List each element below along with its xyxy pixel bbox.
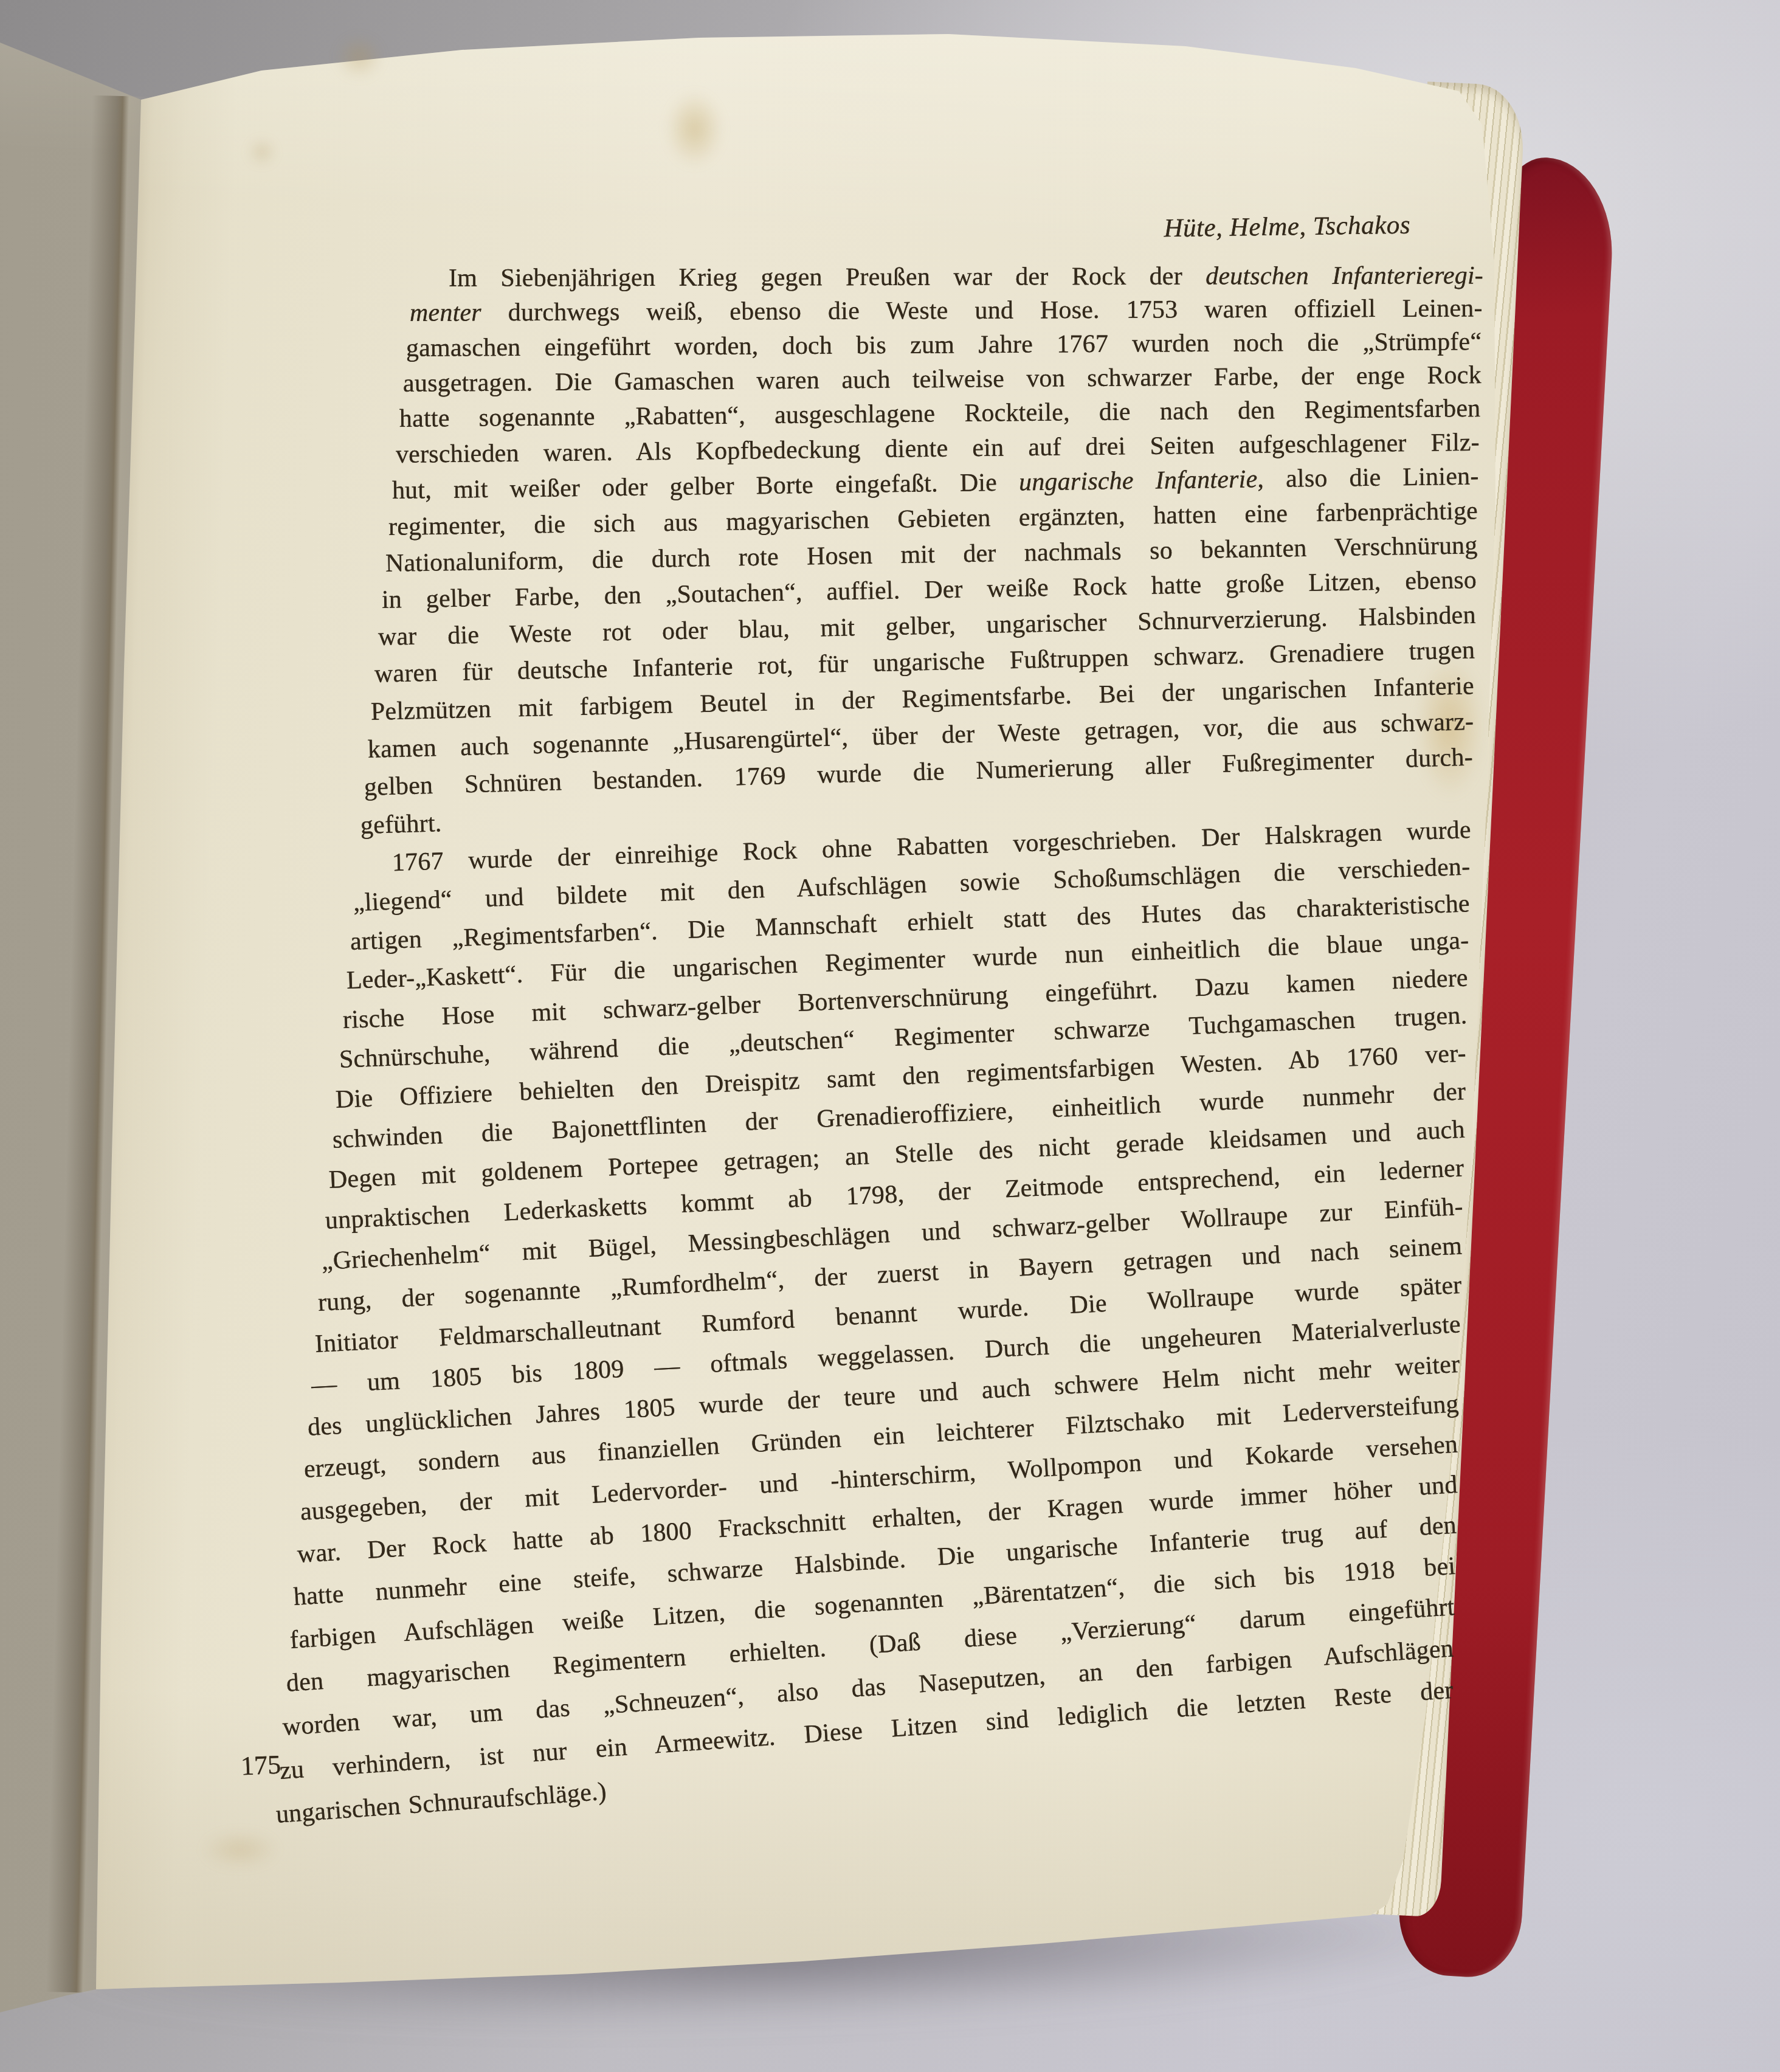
text-line: menter durchwegs weiß, ebenso die Weste …: [410, 291, 1483, 330]
text-layer: Hüte, Helme, Tschakos 175 Im Siebenjähri…: [0, 0, 1780, 2072]
running-head: Hüte, Helme, Tschakos: [1033, 210, 1411, 246]
book-photo-scene: Hüte, Helme, Tschakos 175 Im Siebenjähri…: [0, 0, 1780, 2072]
page-number: 175: [240, 1749, 281, 1782]
text-line: Im Siebenjährigen Krieg gegen Preußen wa…: [413, 258, 1483, 295]
